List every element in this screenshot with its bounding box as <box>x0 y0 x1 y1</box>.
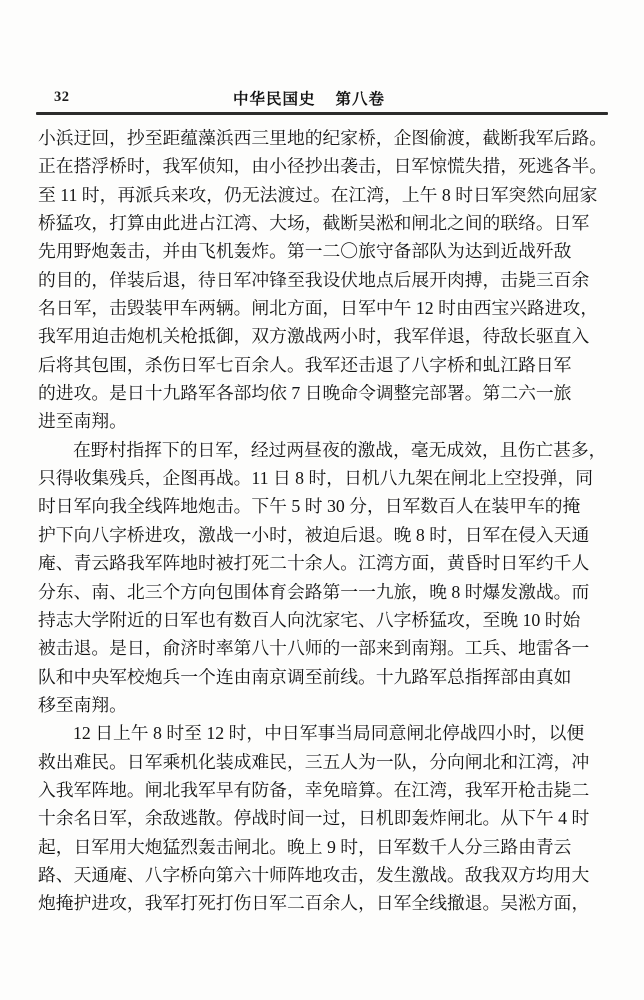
text-line: 至 11 时，再派兵来攻，仍无法渡过。在江湾，上午 8 时日军突然向屈家 <box>38 181 610 209</box>
text-line: 时日军向我全线阵地炮击。下午 5 时 30 分，日军数百人在装甲车的掩 <box>38 492 610 520</box>
text-line: 的进攻。是日十九路军各部均依 7 日晚命令调整完部署。第二六一旅 <box>38 379 610 407</box>
text-line: 炮掩护进攻，我军打死打伤日军二百余人，日军全线撤退。吴淞方面， <box>38 889 610 917</box>
text-line: 被击退。是日，俞济时率第八十八师的一部来到南翔。工兵、地雷各一 <box>38 634 610 662</box>
text-line-paragraph-start: 在野村指挥下的日军，经过两昼夜的激战，毫无成效，且伤亡甚多， <box>38 436 610 464</box>
text-line: 的目的，佯装后退，待日军冲锋至我设伏地点后展开肉搏，击毙三百余 <box>38 266 610 294</box>
text-line: 护下向八字桥进攻，激战一小时，被迫后退。晚 8 时，日军在侵入天通 <box>38 521 610 549</box>
text-line: 只得收集残兵，企图再战。11 日 8 时，日机八九架在闸北上空投弹，同 <box>38 464 610 492</box>
text-line: 移至南翔。 <box>38 691 610 719</box>
text-line: 起，日军用大炮猛烈轰击闸北。晚上 9 时，日军数千人分三路由青云 <box>38 833 610 861</box>
text-line: 桥猛攻，打算由此进占江湾、大场，截断吴淞和闸北之间的联络。日军 <box>38 209 610 237</box>
book-page: 32 中华民国史 第八卷 小浜迂回，抄至距蕴藻浜西三里地的纪家桥，企图偷渡，截断… <box>0 0 644 1000</box>
text-line: 持志大学附近的日军也有数百人向沈家宅、八字桥猛攻，至晚 10 时始 <box>38 606 610 634</box>
text-line: 我军用迫击炮机关枪抵御，双方激战两小时，我军佯退，待敌长驱直入 <box>38 322 610 350</box>
text-line: 十余名日军，余敌逃散。停战时间一过，日机即轰炸闸北。从下午 4 时 <box>38 804 610 832</box>
body-text: 小浜迂回，抄至距蕴藻浜西三里地的纪家桥，企图偷渡，截断我军后路。 正在搭浮桥时，… <box>38 124 610 918</box>
text-line: 后将其包围，杀伤日军七百余人。我军还击退了八字桥和虬江路日军 <box>38 351 610 379</box>
text-line: 分东、南、北三个方向包围体育会路第一一九旅，晚 8 时爆发激战。而 <box>38 578 610 606</box>
page-header: 32 中华民国史 第八卷 <box>38 86 608 108</box>
text-line: 路、天通庵、八字桥向第六十师阵地攻击，发生激战。敌我双方均用大 <box>38 861 610 889</box>
text-line: 救出难民。日军乘机化装成难民，三五人为一队，分向闸北和江湾，冲 <box>38 748 610 776</box>
text-line: 庵、青云路我军阵地时被打死二十余人。江湾方面，黄昏时日军约千人 <box>38 549 610 577</box>
text-line: 队和中央军校炮兵一个连由南京调至前线。十九路军总指挥部由真如 <box>38 663 610 691</box>
running-title: 中华民国史 第八卷 <box>24 87 594 109</box>
text-line: 进至南翔。 <box>38 407 610 435</box>
text-line: 小浜迂回，抄至距蕴藻浜西三里地的纪家桥，企图偷渡，截断我军后路。 <box>38 124 610 152</box>
volume-label: 第八卷 <box>335 91 385 108</box>
text-line-paragraph-start: 12 日上午 8 时至 12 时，中日军事当局同意闸北停战四小时，以便 <box>38 719 610 747</box>
text-line: 先用野炮轰击，并由飞机轰炸。第一二〇旅守备部队为达到近战歼敌 <box>38 237 610 265</box>
text-line: 名日军，击毁装甲车两辆。闸北方面，日军中午 12 时由西宝兴路进攻， <box>38 294 610 322</box>
text-line: 正在搭浮桥时，我军侦知，由小径抄出袭击，日军惊慌失措，死逃各半。 <box>38 152 610 180</box>
book-title: 中华民国史 <box>233 91 316 108</box>
header-rule <box>36 112 608 115</box>
text-line: 入我军阵地。闸北我军早有防备，幸免暗算。在江湾，我军开枪击毙二 <box>38 776 610 804</box>
